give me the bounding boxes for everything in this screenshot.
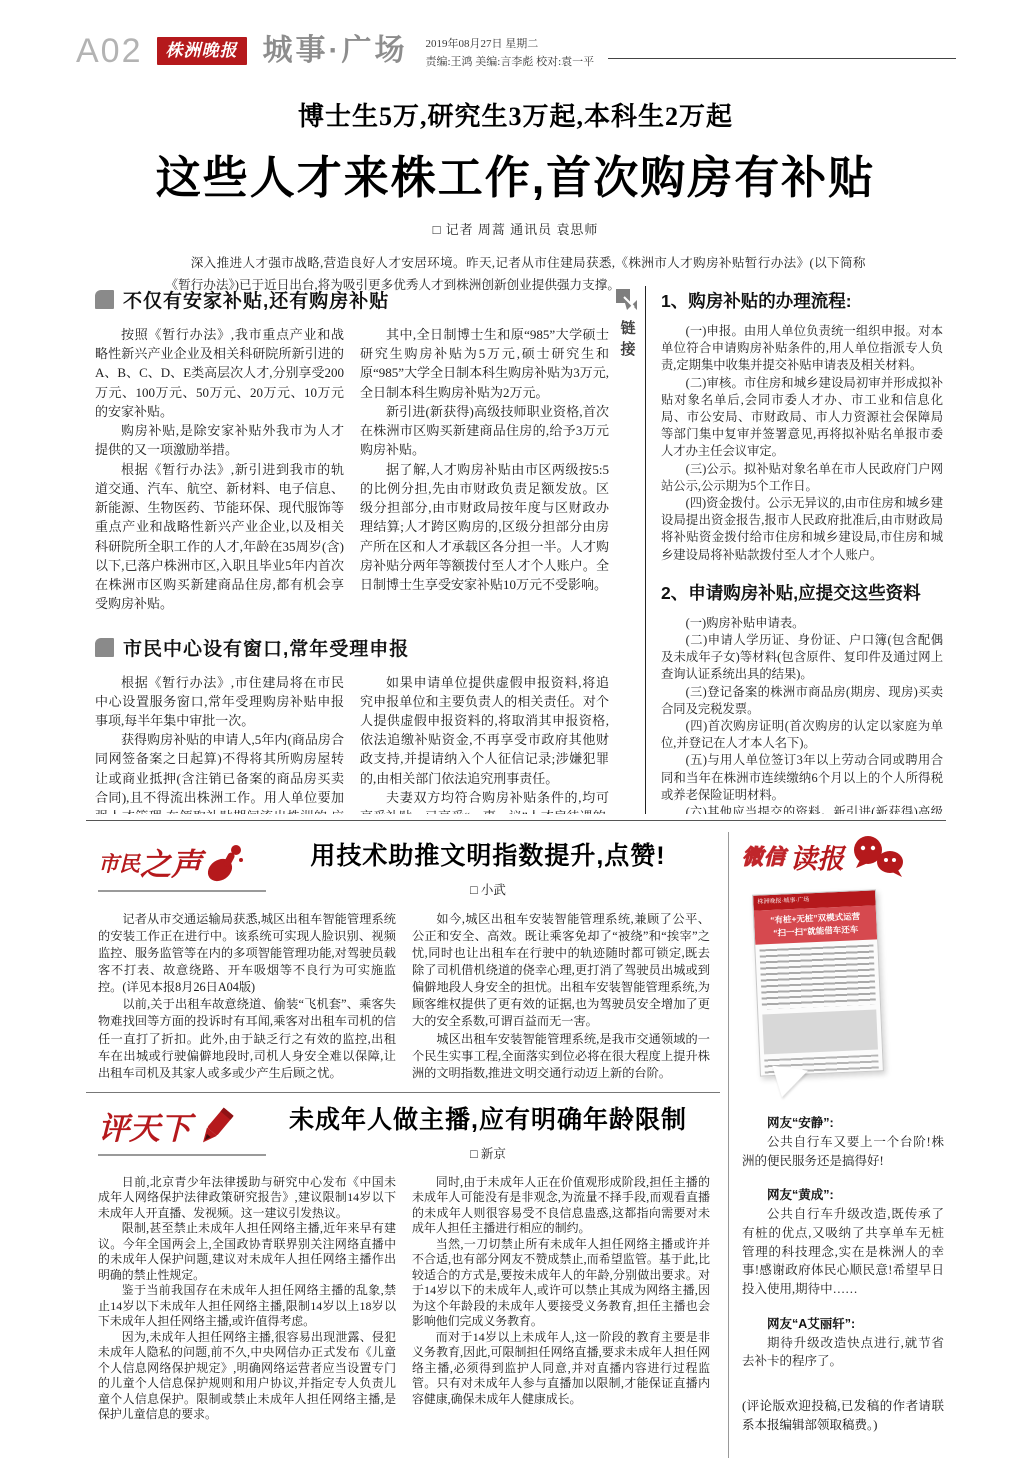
voice-header: 市民 之声 用技术助推文明指数提升,点赞! □ 小武 bbox=[98, 836, 710, 898]
submission-note: (评论版欢迎投稿,已发稿的作者请联系本报编辑部领取稿费。) bbox=[742, 1397, 944, 1436]
voice-title-block: 用技术助推文明指数提升,点赞! □ 小武 bbox=[266, 836, 710, 898]
wechat-logo: 微信 读报 bbox=[742, 834, 944, 878]
date-line: 2019年08月27日 星期二 bbox=[426, 36, 595, 54]
lead-article-header: 博士生5万,研究生3万起,本科生2万起 这些人才来株工作,首次购房有补贴 □ 记… bbox=[0, 96, 1031, 296]
link-part1-body: (一)申报。由用人单位负责统一组织申报。对本单位符合申请购房补贴条件的,用人单位… bbox=[661, 323, 943, 564]
commentary-logo: 评天下 bbox=[98, 1106, 266, 1156]
commentary-headline: 未成年人做主播,应有明确年龄限制 bbox=[266, 1100, 710, 1136]
masthead-logo: 株洲晚报 bbox=[157, 37, 247, 65]
reader-comments: 网友“安静”: 公共自行车又要上一个台阶!株洲的便民服务还是搞得好! 网友“黄成… bbox=[742, 1114, 944, 1371]
voice-columns: 记者从市交通运输局获悉,城区出租车智能管理系统的安装工作正在进行中。该系统可实现… bbox=[98, 911, 710, 1082]
commentary-header: 评天下 未成年人做主播,应有明确年龄限制 □ 新京 bbox=[98, 1100, 710, 1162]
thumbnail-headline: “有桩+无桩”双模式运营 “扫一扫”就能借车还车 bbox=[754, 905, 877, 944]
commentary-title-block: 未成年人做主播,应有明确年龄限制 □ 新京 bbox=[266, 1100, 710, 1162]
section1-col1: 按照《暂行办法》,我市重点产业和战略性新兴产业企业及相关科研院所新引进的A、B、… bbox=[95, 325, 344, 614]
link-part1-title: 1、购房补贴的办理流程: bbox=[661, 288, 943, 313]
section2-title: 市民中心设有窗口,常年受理申报 bbox=[123, 634, 409, 661]
wechat-reader-column: 微信 读报 株洲晚报·城事·广场 “有桩+无桩”双模式运营 “扫一扫”就能借 bbox=[742, 834, 944, 1436]
thumbnail-photo bbox=[762, 1009, 878, 1054]
comment-item: 网友“A艾丽轩”: 期待升级改造快点进行,就节省去补卡的程序了。 bbox=[742, 1315, 944, 1371]
newspaper-thumbnail: 株洲晚报·城事·广场 “有桩+无桩”双模式运营 “扫一扫”就能借车还车 bbox=[752, 889, 884, 1076]
date-block: 2019年08月27日 星期二 责编:王鸿 美编:言李彪 校对:袁一平 bbox=[426, 36, 595, 71]
voice-col1: 记者从市交通运输局获悉,城区出租车智能管理系统的安装工作正在进行中。该系统可实现… bbox=[98, 911, 396, 1082]
header-rule bbox=[608, 58, 956, 59]
newspaper-page: A02 株洲晚报 城事·广场 2019年08月27日 星期二 责编:王鸿 美编:… bbox=[0, 0, 1031, 1475]
commentary-logo-text: 评天下 bbox=[98, 1113, 191, 1144]
section-title: 城事·广场 bbox=[263, 34, 408, 67]
pencil-icon bbox=[191, 1106, 243, 1150]
commentary-col1: 日前,北京青少年法律援助与研究中心发布《中国未成年人网络保护法律政策研究报告》,… bbox=[98, 1175, 396, 1423]
section1-col2: 其中,全日制博士生和原“985”大学硕士研究生购房补贴为5万元,硕士研究生和原“… bbox=[360, 325, 609, 614]
lead-article-body: 不仅有安家补贴,还有购房补贴 按照《暂行办法》,我市重点产业和战略性新兴产业企业… bbox=[95, 286, 943, 814]
page-header: A02 株洲晚报 城事·广场 2019年08月27日 星期二 责编:王鸿 美编:… bbox=[76, 34, 956, 71]
wechat-bubbles-icon bbox=[848, 834, 906, 878]
link-part2-body: (一)购房补贴申请表。 (二)申请人学历证、身份证、户口簿(包含配偶及未成年子女… bbox=[661, 615, 943, 814]
lead-article-columns: 不仅有安家补贴,还有购房补贴 按照《暂行办法》,我市重点产业和战略性新兴产业企业… bbox=[95, 286, 609, 814]
comment-text: 公共自行车又要上一个台阶!株洲的便民服务还是搞得好! bbox=[742, 1133, 944, 1171]
link-rail: 链接 bbox=[609, 286, 645, 814]
comment-item: 网友“黄成”: 公共自行车升级改造,既传承了有桩的优点,又吸纳了共享单车无桩管理… bbox=[742, 1186, 944, 1299]
section2-col1: 根据《暂行办法》,市住建局将在市民中心设置服务窗口,常年受理购房补贴申报事项,每… bbox=[95, 673, 344, 814]
comment-author: 网友“安静”: bbox=[742, 1114, 944, 1133]
section2-header: 市民中心设有窗口,常年受理申报 bbox=[95, 634, 609, 661]
wechat-logo-text-weixin: 微信 bbox=[742, 841, 786, 871]
commentary-col2: 同时,由于未成年人正在价值观形成阶段,担任主播的未成年人可能没有是非观念,为流量… bbox=[412, 1175, 710, 1423]
comment-author: 网友“A艾丽轩”: bbox=[742, 1315, 944, 1334]
speech-bubble-tail bbox=[768, 1066, 808, 1101]
section1-header: 不仅有安家补贴,还有购房补贴 bbox=[95, 286, 609, 313]
vertical-divider bbox=[728, 832, 729, 1458]
lead-headline: 这些人才来株工作,首次购房有补贴 bbox=[0, 141, 1031, 206]
comment-text: 公共自行车升级改造,既传承了有桩的优点,又吸纳了共享单车无桩管理的科技理念,实在… bbox=[742, 1205, 944, 1299]
section1-title: 不仅有安家补贴,还有购房补贴 bbox=[123, 286, 389, 313]
wechat-logo-text-dubao: 读报 bbox=[790, 837, 844, 876]
voice-byline: □ 小武 bbox=[266, 880, 710, 898]
voice-col2: 如今,城区出租车安装智能管理系统,兼顾了公平、公正和安全、高效。既让乘客免却了“… bbox=[412, 911, 710, 1082]
comment-text: 期待升级改造快点进行,就节省去补卡的程序了。 bbox=[742, 1334, 944, 1372]
voice-article: 市民 之声 用技术助推文明指数提升,点赞! □ 小武 记者从市交通运输局获悉 bbox=[98, 836, 710, 1088]
section2-col2: 如果申请单位提供虚假申报资料,将追究申报单位和主要负责人的相关责任。对个人提供虚… bbox=[360, 673, 609, 814]
lead-kicker: 博士生5万,研究生3万起,本科生2万起 bbox=[0, 96, 1031, 133]
microphone-hand-icon bbox=[202, 842, 246, 886]
section-marker-icon bbox=[95, 290, 114, 309]
section-marker-icon bbox=[95, 638, 114, 657]
link-box-label: 链接 bbox=[617, 320, 638, 362]
lead-byline: □ 记者 周蒿 通讯员 袁思师 bbox=[0, 219, 1031, 238]
voice-headline: 用技术助推文明指数提升,点赞! bbox=[266, 836, 710, 872]
horizontal-divider bbox=[86, 1092, 720, 1093]
horizontal-divider bbox=[86, 820, 946, 821]
link-part2-title: 2、申请购房补贴,应提交这些资料 bbox=[661, 580, 943, 605]
comment-item: 网友“安静”: 公共自行车又要上一个台阶!株洲的便民服务还是搞得好! bbox=[742, 1114, 944, 1170]
section2-columns: 根据《暂行办法》,市住建局将在市民中心设置服务窗口,常年受理购房补贴申报事项,每… bbox=[95, 673, 609, 814]
link-icon bbox=[615, 288, 639, 312]
comment-author: 网友“黄成”: bbox=[742, 1186, 944, 1205]
voice-logo: 市民 之声 bbox=[98, 842, 266, 892]
commentary-article: 评天下 未成年人做主播,应有明确年龄限制 □ 新京 日前,北京青少年法律援助与研… bbox=[98, 1100, 710, 1460]
thumbnail-text-lines bbox=[759, 944, 876, 1009]
voice-logo-text-large: 之声 bbox=[140, 849, 202, 880]
commentary-byline: □ 新京 bbox=[266, 1144, 710, 1162]
link-sidebar: 1、购房补贴的办理流程: (一)申报。由用人单位负责统一组织申报。对本单位符合申… bbox=[645, 286, 943, 814]
staff-line: 责编:王鸿 美编:言李彪 校对:袁一平 bbox=[426, 54, 595, 72]
page-number: A02 bbox=[76, 34, 143, 68]
commentary-columns: 日前,北京青少年法律援助与研究中心发布《中国未成年人网络保护法律政策研究报告》,… bbox=[98, 1175, 710, 1423]
section1-columns: 按照《暂行办法》,我市重点产业和战略性新兴产业企业及相关科研院所新引进的A、B、… bbox=[95, 325, 609, 614]
voice-logo-text-small: 市民 bbox=[98, 854, 140, 875]
